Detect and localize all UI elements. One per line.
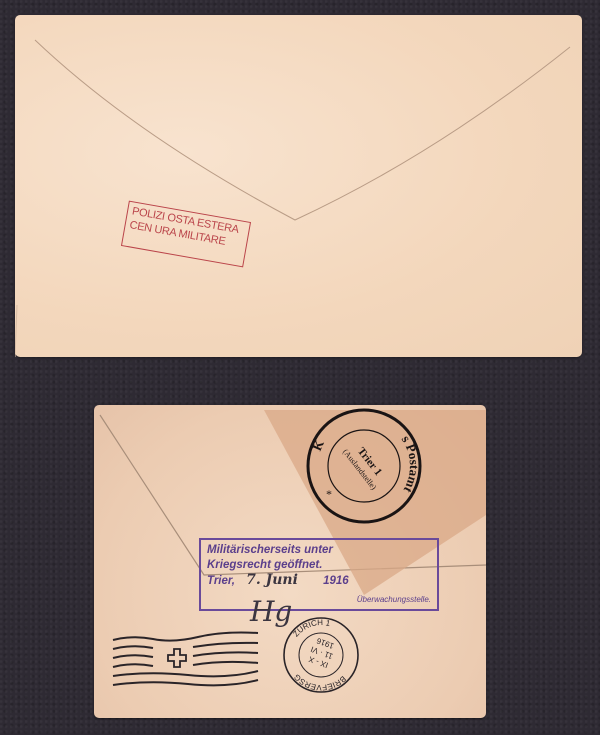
machine-cancel <box>108 625 268 695</box>
postmark-zurich: IX - X 11 · VI 1916 BRIEFVERSG ZÜRICH 1 <box>281 615 361 695</box>
censor-box-line-3: Trier, 7. Juni 1916 <box>207 573 431 589</box>
envelope-top <box>15 15 582 357</box>
censor-signature-caption: Überwachungsstelle. <box>357 592 431 607</box>
censor-year: 1916 <box>323 575 349 587</box>
svg-text:*: * <box>326 487 332 501</box>
circular-stamp-trier: K s Postamt * Trier 1 (Auslandstelle) <box>304 406 424 526</box>
censor-box-trier: Militärischerseits unter Kriegsrecht geö… <box>199 538 439 611</box>
handwritten-date: 7. Juni <box>246 572 298 588</box>
envelope-flap-lines <box>15 15 582 357</box>
censor-box-line-1: Militärischerseits unter <box>207 543 431 558</box>
svg-text:BRIEFVERSG: BRIEFVERSG <box>292 672 347 692</box>
censor-box-line-2: Kriegsrecht geöffnet. <box>207 558 431 573</box>
svg-text:K: K <box>309 437 327 453</box>
svg-text:s Postamt: s Postamt <box>399 432 422 496</box>
swiss-cross-icon <box>168 649 186 667</box>
